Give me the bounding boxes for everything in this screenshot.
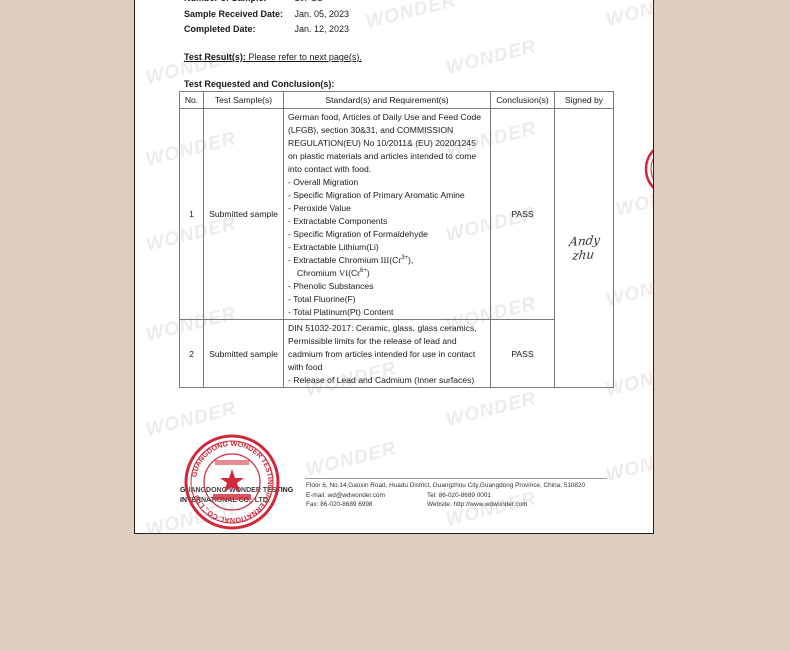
results-table: No. Test Sample(s) Standard(s) and Requi…: [179, 91, 614, 388]
footer-tel: Tel: 86-020-8689 0001: [427, 492, 491, 499]
standard-line: (LFGB), section 30&31, and COMMISSION: [288, 124, 486, 137]
table-row: 2 Submitted sample DIN 51032-2017: Ceram…: [180, 320, 614, 388]
standard-lines: German food, Articles of Daily Use and F…: [288, 111, 486, 254]
watermark: WONDER: [604, 443, 654, 487]
header-conclusion: Conclusion(s): [491, 92, 555, 109]
standard-line: on plastic materials and articles intend…: [288, 150, 486, 163]
footer-website: Website: http://www.wdwonder.com: [427, 501, 527, 508]
company-seal: GUANGDONG WONDER TESTING INTERNATIONAL C…: [183, 433, 281, 531]
standard-line: - Overall Migration: [288, 176, 486, 189]
standard-line: - Phenolic Substances: [288, 280, 486, 293]
standard-line: cadmium from articles intended for use i…: [288, 348, 486, 361]
footer-divider: [305, 478, 607, 479]
standard-line: REGULATION(EU) No 10/2011& (EU) 2020/124…: [288, 137, 486, 150]
signed-by-cell: Andy zhu: [555, 109, 614, 388]
standard-line: Permissible limits for the release of le…: [288, 335, 486, 348]
chromium-line-1: - Extractable Chromium III(Cr3+),: [288, 254, 486, 267]
watermark: WONDER: [364, 0, 459, 34]
standard-line: with food: [288, 361, 486, 374]
row-sample: Submitted sample: [204, 109, 284, 320]
row-no: 1: [180, 109, 204, 320]
test-result: Test Result(s): Please refer to next pag…: [184, 52, 362, 62]
header-standard: Standard(s) and Requirement(s): [284, 92, 491, 109]
watermark: WONDER: [444, 36, 539, 80]
standard-line: - Release of Lead and Cadmium (Inner sur…: [288, 374, 486, 387]
standard-line: - Extractable Lithium(Li): [288, 241, 486, 254]
report-page: WONDERWONDERWONDERWONDERWONDERWONDERWOND…: [134, 0, 654, 534]
header-no: No.: [180, 92, 204, 109]
section-title: Test Requested and Conclusion(s):: [184, 79, 334, 89]
signature: Andy zhu: [558, 232, 611, 264]
test-result-label: Test Result(s):: [184, 52, 246, 62]
row-no: 2: [180, 320, 204, 388]
row-standard: German food, Articles of Daily Use and F…: [284, 109, 491, 320]
watermark: WONDER: [604, 0, 654, 32]
seal-edge-partial: [643, 139, 654, 199]
row-standard: DIN 51032-2017: Ceramic, glass, glass ce…: [284, 320, 491, 388]
info-label: Number of Sample:: [184, 0, 292, 3]
row-conclusion: PASS: [491, 320, 555, 388]
row-conclusion: PASS: [491, 109, 555, 320]
header-signed-by: Signed by: [555, 92, 614, 109]
standard-line: - Specific Migration of Formaldehyde: [288, 228, 486, 241]
watermark: WONDER: [304, 438, 399, 482]
standard-line: German food, Articles of Daily Use and F…: [288, 111, 486, 124]
footer-fax: Fax: 86-020-8689 6998: [306, 501, 372, 508]
chromium-line-2: Chromium VI(Cr6+): [288, 267, 486, 280]
standard-line: - Total Fluorine(F): [288, 293, 486, 306]
footer-email: E-mail: wd@wdwonder.com: [306, 492, 385, 499]
watermark: WONDER: [444, 388, 539, 432]
standard-line: - Total Platinum(Pt) Content: [288, 306, 486, 319]
standard-line: - Extractable Components: [288, 215, 486, 228]
footer-address: Floor 6, No.14,Gaoxin Road, Huadu Distri…: [306, 482, 585, 489]
standard-line: - Peroxide Value: [288, 202, 486, 215]
standard-line: DIN 51032-2017: Ceramic, glass, glass ce…: [288, 322, 486, 335]
info-value: Jan. 12, 2023: [295, 24, 350, 34]
standard-line: - Specific Migration of Primary Aromatic…: [288, 189, 486, 202]
standard-lines-after: - Phenolic Substances- Total Fluorine(F)…: [288, 280, 486, 319]
test-result-value: Please refer to next page(s).: [248, 52, 362, 62]
info-label: Sample Received Date:: [184, 9, 292, 19]
info-label: Completed Date:: [184, 24, 292, 34]
standard-line: into contact with food.: [288, 163, 486, 176]
row-sample: Submitted sample: [204, 320, 284, 388]
info-completed-date: Completed Date: Jan. 12, 2023: [184, 24, 349, 34]
info-value: Jan. 05, 2023: [295, 9, 350, 19]
info-number-of-sample: Number of Sample: 10PCS: [184, 0, 323, 3]
info-value: 10PCS: [295, 0, 324, 3]
table-row: 1 Submitted sample German food, Articles…: [180, 109, 614, 320]
table-header-row: No. Test Sample(s) Standard(s) and Requi…: [180, 92, 614, 109]
header-test-sample: Test Sample(s): [204, 92, 284, 109]
info-sample-received-date: Sample Received Date: Jan. 05, 2023: [184, 9, 349, 19]
standard-lines: DIN 51032-2017: Ceramic, glass, glass ce…: [288, 322, 486, 387]
